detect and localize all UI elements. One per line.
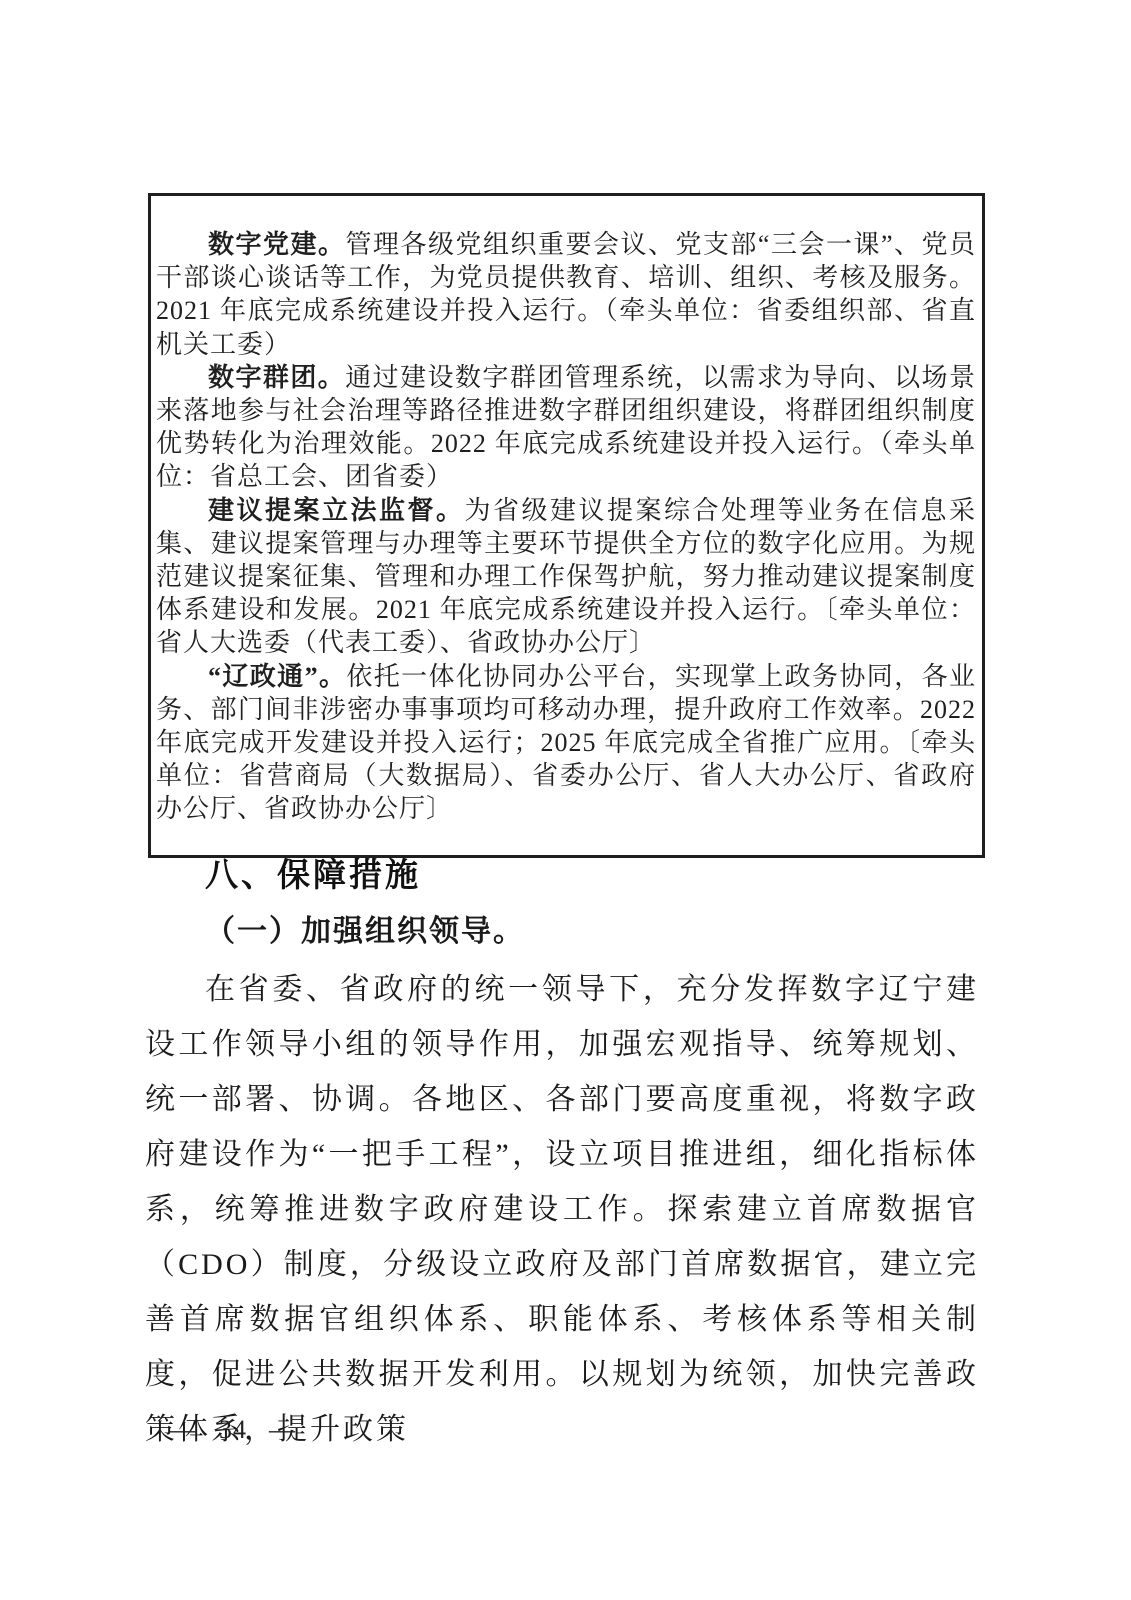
box-paragraph-digital-party-building: 数字党建。管理各级党组织重要会议、党支部“三会一课”、党员干部谈心谈话等工作，为… (156, 228, 976, 361)
paragraph-lead: 数字党建。 (208, 230, 345, 259)
section-heading-safeguard-measures: 八、保障措施 (205, 854, 421, 897)
document-page: 数字党建。管理各级党组织重要会议、党支部“三会一课”、党员干部谈心谈话等工作，为… (0, 0, 1131, 1600)
page-number-dash-right: — (269, 1415, 296, 1445)
paragraph-lead: 建议提案立法监督。 (208, 496, 465, 525)
page-number: 34 (219, 1415, 247, 1445)
subsection-heading-strengthen-organizational-leadership: （一）加强组织领导。 (205, 912, 525, 951)
paragraph-lead: “辽政通”。 (208, 662, 346, 691)
highlight-box: 数字党建。管理各级党组织重要会议、党支部“三会一课”、党员干部谈心谈话等工作，为… (148, 193, 985, 858)
box-paragraph-digital-mass-organizations: 数字群团。通过建设数字群团管理系统，以需求为导向、以场景来落地参与社会治理等路径… (156, 361, 976, 494)
page-footer: — 34 — (170, 1415, 296, 1445)
box-paragraph-proposal-legislation-supervision: 建议提案立法监督。为省级建议提案综合处理等业务在信息采集、建议提案管理与办理等主… (156, 494, 976, 660)
paragraph-lead: 数字群团。 (208, 363, 345, 392)
body-paragraph: 在省委、省政府的统一领导下，充分发挥数字辽宁建设工作领导小组的领导作用，加强宏观… (145, 962, 979, 1457)
box-paragraph-liaozhengtong: “辽政通”。依托一体化协同办公平台，实现掌上政务协同，各业务、部门间非涉密办事事… (156, 660, 976, 826)
page-number-dash-left: — (170, 1415, 197, 1445)
